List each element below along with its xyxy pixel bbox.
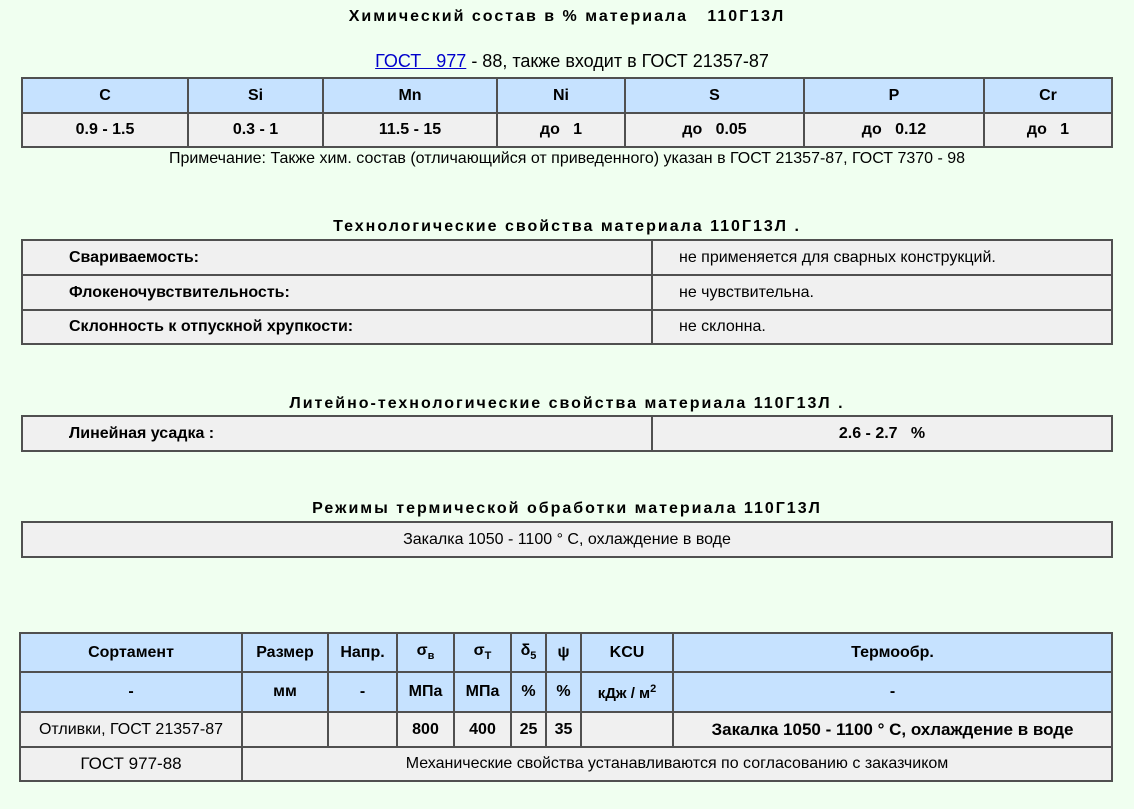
table-row: ГОСТ 977-88 Механические свойства устана…: [20, 747, 1112, 781]
mech-header-delta: δ5: [511, 633, 546, 672]
tech-row: Свариваемость: не применяется для сварны…: [22, 240, 1112, 275]
casting-table: Линейная усадка : 2.6 - 2.7 %: [21, 415, 1113, 452]
sigma-t-sub: T: [485, 651, 492, 663]
chem-value-ni: до 1: [497, 113, 625, 147]
mech-row1-size: [242, 712, 328, 747]
mech-header-sigma-t: σT: [454, 633, 511, 672]
chem-value-c: 0.9 - 1.5: [22, 113, 188, 147]
chem-header-s: S: [625, 78, 804, 113]
mech-unit-size: мм: [242, 672, 328, 712]
tech-value-temper: не склонна.: [652, 310, 1112, 344]
chem-value-mn: 11.5 - 15: [323, 113, 497, 147]
mech-row1-delta: 25: [511, 712, 546, 747]
mech-row1-psi: 35: [546, 712, 581, 747]
mech-unit-sigma-b: МПа: [397, 672, 454, 712]
mech-row2-note: Механические свойства устанавливаются по…: [242, 747, 1112, 781]
chem-value-cr: до 1: [984, 113, 1112, 147]
mech-header-thermo: Термообр.: [673, 633, 1112, 672]
mech-unit-thermo: -: [673, 672, 1112, 712]
mech-row2-sortament: ГОСТ 977-88: [20, 747, 242, 781]
casting-value: 2.6 - 2.7 %: [652, 416, 1112, 451]
mech-row1-dir: [328, 712, 397, 747]
casting-label: Линейная усадка :: [22, 416, 652, 451]
mech-row1-sortament: Отливки, ГОСТ 21357-87: [20, 712, 242, 747]
mech-header-row: Сортамент Размер Напр. σв σT δ5 ψ KCU Те…: [20, 633, 1112, 672]
kcu-unit-sup: 2: [650, 683, 656, 695]
tech-value-weldability: не применяется для сварных конструкций.: [652, 240, 1112, 275]
chem-header-c: C: [22, 78, 188, 113]
heat-value: Закалка 1050 - 1100 ° C, охлаждение в во…: [22, 522, 1112, 557]
chem-header-p: P: [804, 78, 984, 113]
chem-table: C Si Mn Ni S P Cr 0.9 - 1.5 0.3 - 1 11.5…: [21, 77, 1113, 148]
chem-header-si: Si: [188, 78, 323, 113]
tech-row: Склонность к отпускной хрупкости: не скл…: [22, 310, 1112, 344]
chem-value-si: 0.3 - 1: [188, 113, 323, 147]
chem-subtitle: ГОСТ 977 - 88, также входит в ГОСТ 21357…: [0, 30, 1134, 72]
chem-header-cr: Cr: [984, 78, 1112, 113]
chem-note: Примечание: Также хим. состав (отличающи…: [0, 150, 1134, 168]
chem-value-p: до 0.12: [804, 113, 984, 147]
tech-label-weldability: Свариваемость:: [22, 240, 652, 275]
tech-table: Свариваемость: не применяется для сварны…: [21, 239, 1113, 345]
gost-977-link[interactable]: ГОСТ 977: [375, 51, 466, 71]
chem-header-mn: Mn: [323, 78, 497, 113]
mech-unit-kcu: кДж / м2: [581, 672, 673, 712]
casting-title: Литейно-технологические свойства материа…: [0, 395, 1134, 413]
table-row: Отливки, ГОСТ 21357-87 800 400 25 35 Зак…: [20, 712, 1112, 747]
tech-title: Технологические свойства материала 110Г1…: [0, 218, 1134, 236]
mech-header-kcu: KCU: [581, 633, 673, 672]
mech-header-sortament: Сортамент: [20, 633, 242, 672]
mech-table: Сортамент Размер Напр. σв σT δ5 ψ KCU Те…: [19, 632, 1113, 782]
tech-value-flake: не чувствительна.: [652, 275, 1112, 310]
mech-header-dir: Напр.: [328, 633, 397, 672]
mech-header-psi: ψ: [546, 633, 581, 672]
mech-header-size: Размер: [242, 633, 328, 672]
mech-unit-delta: %: [511, 672, 546, 712]
mech-row1-sigma-b: 800: [397, 712, 454, 747]
delta-sub: 5: [530, 651, 536, 663]
sigma-t-symbol: σ: [474, 642, 485, 659]
tech-label-temper: Склонность к отпускной хрупкости:: [22, 310, 652, 344]
delta-symbol: δ: [521, 642, 531, 659]
mech-header-sigma-b: σв: [397, 633, 454, 672]
sigma-b-sub: в: [428, 651, 435, 663]
mech-unit-sortament: -: [20, 672, 242, 712]
mech-unit-psi: %: [546, 672, 581, 712]
mech-row1-thermo: Закалка 1050 - 1100 ° C, охлаждение в во…: [673, 712, 1112, 747]
sigma-b-symbol: σ: [417, 642, 428, 659]
heat-table: Закалка 1050 - 1100 ° C, охлаждение в во…: [21, 521, 1113, 558]
chem-title: Химический состав в % материала 110Г13Л: [0, 8, 1134, 26]
tech-label-flake: Флокеночувствительность:: [22, 275, 652, 310]
gost-rest-text: - 88, также входит в ГОСТ 21357-87: [466, 51, 769, 71]
tech-row: Флокеночувствительность: не чувствительн…: [22, 275, 1112, 310]
mech-row1-kcu: [581, 712, 673, 747]
heat-title: Режимы термической обработки материала 1…: [0, 500, 1134, 518]
chem-header-ni: Ni: [497, 78, 625, 113]
mech-unit-sigma-t: МПа: [454, 672, 511, 712]
mech-unit-dir: -: [328, 672, 397, 712]
chem-value-s: до 0.05: [625, 113, 804, 147]
mech-row1-sigma-t: 400: [454, 712, 511, 747]
mech-units-row: - мм - МПа МПа % % кДж / м2 -: [20, 672, 1112, 712]
kcu-unit-text: кДж / м: [598, 685, 650, 702]
